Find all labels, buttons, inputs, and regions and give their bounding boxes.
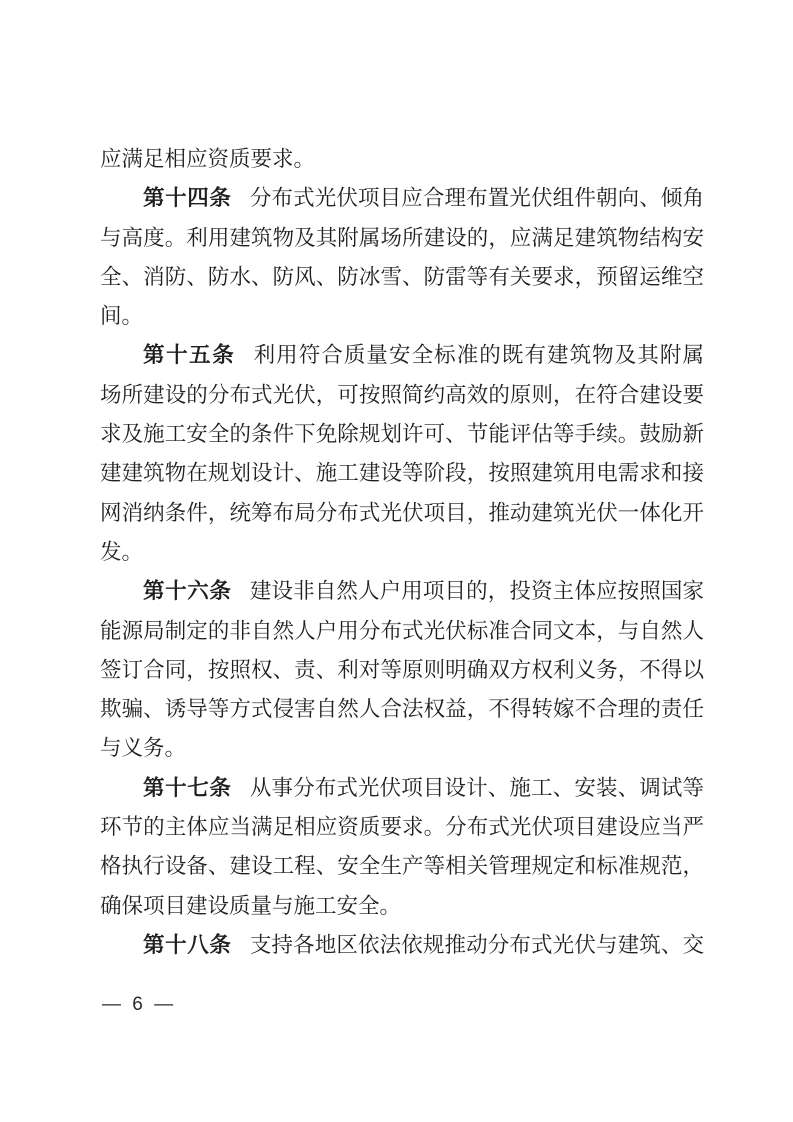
article-heading-line: 第十四条分布式光伏项目应合理布置光伏组件朝向、倾角: [100, 179, 704, 218]
text-line: 格执行设备、建设工程、安全生产等相关管理规定和标准规范，: [100, 847, 704, 886]
article-number: 第十八条: [143, 933, 232, 957]
text-line: 确保项目建设质量与施工安全。: [100, 887, 704, 926]
article-number: 第十七条: [143, 776, 232, 800]
text-line: 场所建设的分布式光伏，可按照简约高效的原则，在符合建设要: [100, 376, 704, 415]
text-line: 间。: [100, 297, 704, 336]
text-line: 求及施工安全的条件下免除规划许可、节能评估等手续。鼓励新: [100, 415, 704, 454]
text-line: 欺骗、诱导等方式侵害自然人合法权益，不得转嫁不合理的责任: [100, 690, 704, 729]
article-heading-line: 第十八条支持各地区依法依规推动分布式光伏与建筑、交: [100, 926, 704, 965]
text-line: 应满足相应资质要求。: [100, 140, 704, 179]
text-line: 网消纳条件，统筹布局分布式光伏项目，推动建筑光伏一体化开: [100, 494, 704, 533]
article-heading-line: 第十六条建设非自然人户用项目的，投资主体应按照国家: [100, 572, 704, 611]
article-number: 第十六条: [143, 579, 232, 603]
text-line: 环节的主体应当满足相应资质要求。分布式光伏项目建设应当严: [100, 808, 704, 847]
text-line: 与义务。: [100, 729, 704, 768]
text-line: 能源局制定的非自然人户用分布式光伏标准合同文本，与自然人: [100, 612, 704, 651]
article-number: 第十四条: [143, 186, 232, 210]
text-line: 发。: [100, 533, 704, 572]
text-line: 与高度。利用建筑物及其附属场所建设的，应满足建筑物结构安: [100, 219, 704, 258]
page-number: — 6 —: [102, 994, 176, 1016]
text-line: 签订合同，按照权、责、利对等原则明确双方权利义务，不得以: [100, 651, 704, 690]
article-heading-line: 第十五条利用符合质量安全标准的既有建筑物及其附属: [100, 336, 704, 375]
text-line: 全、消防、防水、防风、防冰雪、防雷等有关要求，预留运维空: [100, 258, 704, 297]
document-body: 应满足相应资质要求。第十四条分布式光伏项目应合理布置光伏组件朝向、倾角与高度。利…: [100, 140, 704, 965]
text-line: 建建筑物在规划设计、施工建设等阶段，按照建筑用电需求和接: [100, 454, 704, 493]
document-page: 应满足相应资质要求。第十四条分布式光伏项目应合理布置光伏组件朝向、倾角与高度。利…: [0, 0, 793, 1122]
article-heading-line: 第十七条从事分布式光伏项目设计、施工、安装、调试等: [100, 769, 704, 808]
article-number: 第十五条: [143, 343, 235, 367]
